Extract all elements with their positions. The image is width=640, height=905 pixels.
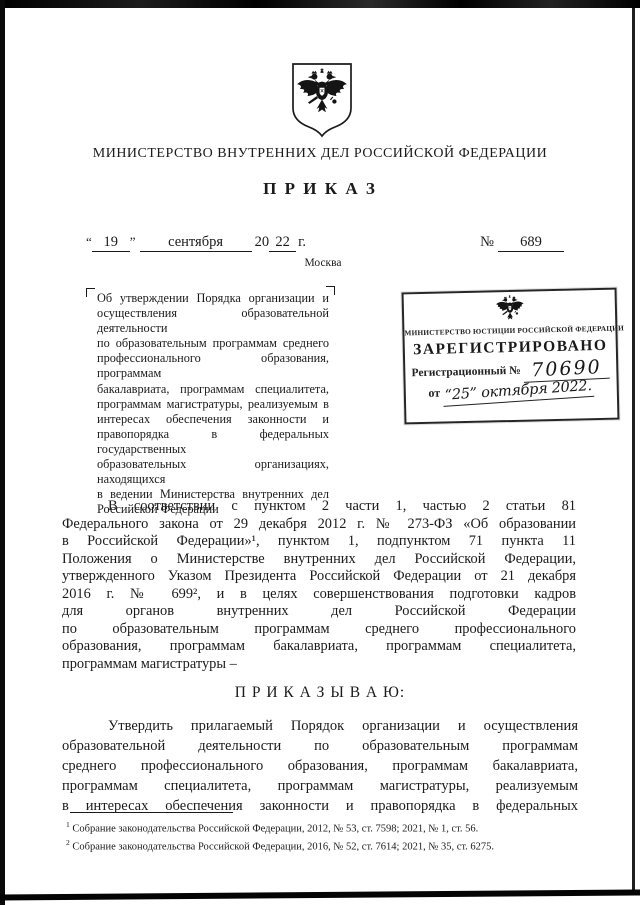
document-type-title: П Р И К А З xyxy=(0,179,640,199)
text-line: образования, программам бакалавриата, пр… xyxy=(62,638,576,656)
text-line: утвержденного Указом Президента Российск… xyxy=(62,568,576,586)
date-year: 22 xyxy=(269,234,296,252)
footnote-marker: 2 xyxy=(66,838,70,847)
stamp-from-label: от xyxy=(428,386,440,400)
date-century: 20 xyxy=(255,234,270,251)
date-number-row: “ 19 ” сентября 20 22 г. № 689 xyxy=(86,234,564,252)
stamp-coat-of-arms-icon xyxy=(404,293,616,328)
text-line: для органов внутренних дел Российской Фе… xyxy=(62,603,576,621)
coat-of-arms-icon xyxy=(290,61,354,139)
footnote-separator xyxy=(70,812,233,813)
text-line: в Российской Федерации»¹, пунктом 1, под… xyxy=(62,533,576,551)
subject-block: Об утверждении Порядка организации и осу… xyxy=(97,291,329,517)
order-heading: П Р И К А З Ы В А Ю: xyxy=(62,684,578,702)
subject-line: образовательных организациях, находящихс… xyxy=(97,457,329,487)
ministry-title: МИНИСТЕРСТВО ВНУТРЕННИХ ДЕЛ РОССИЙСКОЙ Ф… xyxy=(0,146,640,162)
date-month: сентября xyxy=(140,234,252,252)
footnote-marker: 1 xyxy=(66,820,70,829)
date-day: 19 xyxy=(92,234,130,252)
text-line: Утвердить прилагаемый Порядок организаци… xyxy=(62,716,578,736)
footnote: 1 Собрание законодательства Российской Ф… xyxy=(66,818,592,836)
scan-edge-bottom xyxy=(0,889,640,900)
scan-edge-right xyxy=(632,8,635,894)
date-field: “ 19 ” сентября 20 22 г. xyxy=(86,234,306,252)
document-number: 689 xyxy=(498,234,564,252)
corner-bracket-left xyxy=(86,288,95,297)
subject-line: по образовательным программам среднего xyxy=(97,336,329,351)
close-quote: ” xyxy=(130,234,136,250)
scan-edge-top xyxy=(0,0,640,8)
date-year-suffix: г. xyxy=(298,234,306,251)
subject-line: профессионального образования, программа… xyxy=(97,351,329,381)
scan-edge-left xyxy=(0,0,5,905)
subject-line: бакалавриата, программам специалитета, xyxy=(97,382,329,397)
subject-line: правопорядка в федеральных государственн… xyxy=(97,427,329,457)
text-line: программам специалитета, программам маги… xyxy=(62,776,578,796)
footnotes: 1 Собрание законодательства Российской Ф… xyxy=(66,818,592,855)
text-line: Положения о Министерстве внутренних дел … xyxy=(62,551,576,569)
number-sign: № xyxy=(480,234,494,251)
text-line: среднего профессионального образования, … xyxy=(62,756,578,776)
footnote-text: Собрание законодательства Российской Фед… xyxy=(72,842,494,853)
city-label: Москва xyxy=(0,257,640,269)
subject-line: Об утверждении Порядка организации и xyxy=(97,291,329,306)
text-line: В соответствии с пунктом 2 части 1, част… xyxy=(62,498,576,516)
order-paragraph: Утвердить прилагаемый Порядок организаци… xyxy=(62,716,578,816)
text-line: 2016 г. № 699², и в целях совершенствова… xyxy=(62,586,576,604)
subject-line: программам магистратуры, реализуемым в xyxy=(97,397,329,412)
text-line: программам магистратуры – xyxy=(62,656,576,674)
subject-line: интересах обеспечения законности и xyxy=(97,412,329,427)
corner-bracket-right xyxy=(326,286,335,295)
text-line: Федерального закона от 29 декабря 2012 г… xyxy=(62,516,576,534)
scanned-order-document: МИНИСТЕРСТВО ВНУТРЕННИХ ДЕЛ РОССИЙСКОЙ Ф… xyxy=(0,0,640,905)
footnote: 2 Собрание законодательства Российской Ф… xyxy=(66,836,592,854)
subject-line: осуществления образовательной деятельнос… xyxy=(97,306,329,336)
text-line: по образовательным программам среднего п… xyxy=(62,621,576,639)
stamp-date-line: от “25” октября 2022. xyxy=(406,382,617,405)
registration-stamp: МИНИСТЕРСТВО ЮСТИЦИИ РОССИЙСКОЙ ФЕДЕРАЦИ… xyxy=(402,288,620,425)
preamble-paragraph: В соответствии с пунктом 2 части 1, част… xyxy=(62,498,576,673)
stamp-reg-label: Регистрационный № xyxy=(411,365,520,379)
text-line: образовательной деятельности по образова… xyxy=(62,736,578,756)
footnote-text: Собрание законодательства Российской Фед… xyxy=(72,824,478,835)
document-number-field: № 689 xyxy=(480,234,564,252)
